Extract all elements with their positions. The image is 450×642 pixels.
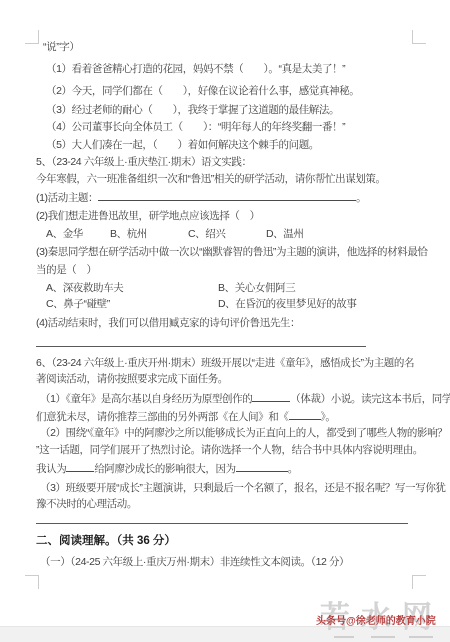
- text-segment: （2）围绕“《童年》中的阿廖沙之所以能够成长为正直向上的人，都受到了哪些人物的影…: [40, 427, 447, 439]
- text-line: 6、（23-24 六年级上·重庆开州·期末）班级开展以“走进《童年》，感悟成长”…: [36, 356, 414, 370]
- text-line: 我认为给阿廖沙成长的影响很大，因为。: [36, 460, 298, 476]
- text-line: (2)我们想走进鲁迅故里，研学地点应该选择（ ）: [36, 209, 260, 223]
- text-line: 5、（23-24 六年级上·重庆垫江·期末）语文实践：: [36, 155, 252, 169]
- text-segment: A、深夜救助车夫: [46, 281, 218, 295]
- text-segment: （3）班级要开展“成长”主题演讲，只剩最后一个名额了，报名，还是不报名呢？写一写…: [40, 482, 446, 494]
- text-segment: 6、（23-24 六年级上·重庆开州·期末）班级开展以“走进《童年》，感悟成长”…: [36, 357, 414, 369]
- text-segment: “说”字）: [43, 41, 80, 53]
- text-line: A、深夜救助车夫B、关心女佣阿三: [46, 281, 295, 295]
- text-segment: （5）大人们凑在一起，（ ）着如何解决这个棘手的问题。: [46, 139, 319, 151]
- blank-underline: [98, 189, 356, 201]
- watermark-dash: [371, 636, 395, 638]
- margin-mark-bottom-left: [25, 575, 39, 589]
- text-line: （1）《童年》是高尔基以自身经历为原型创作的（体裁）小说。读完这本书后，同学: [40, 390, 450, 406]
- text-segment: 二、阅读理解。（共 36 分）: [36, 535, 176, 547]
- text-line: （5）大人们凑在一起，（ ）着如何解决这个棘手的问题。: [46, 138, 319, 152]
- text-segment: C、鼻子“碰壁”: [46, 297, 218, 311]
- text-segment: （1）《童年》是高尔基以自身经历为原型创作的: [40, 393, 252, 405]
- text-line: （一）（24-25 六年级上·重庆万州·期末）非连续性文本阅读。（12 分）: [40, 555, 349, 569]
- text-line: (1)活动主题：。: [36, 189, 366, 205]
- watermark-overlay-text: 头条号@徐老师的教育小院: [316, 612, 436, 627]
- watermark-dash: [409, 636, 433, 638]
- text-line: (3)秦思同学想在研学活动中做一次以“幽默睿智的鲁迅”为主题的演讲，他选择的材料…: [36, 245, 428, 259]
- text-segment: （4）公司董事长向全体员工（ ）：“明年每人的年终奖翻一番！”: [46, 121, 345, 133]
- text-segment: （3）经过老师的耐心（ ），我终于掌握了这道题的最佳解法。: [46, 104, 339, 116]
- text-segment: ”这一话题，同学们展开了热烈讨论。请你选择一个人物，结合书中具体内容说明理由。: [36, 444, 423, 456]
- blank-underline: [252, 390, 290, 402]
- section-heading: 二、阅读理解。（共 36 分）: [36, 534, 176, 548]
- text-segment: （一）（24-25 六年级上·重庆万州·期末）非连续性文本阅读。（12 分）: [40, 556, 349, 568]
- text-line: ”这一话题，同学们展开了热烈讨论。请你选择一个人物，结合书中具体内容说明理由。: [36, 443, 423, 457]
- text-segment: 》。: [321, 411, 336, 423]
- text-line: 今年寒假，六一班准备组织一次和“鲁迅”相关的研学活动，请你帮忙出谋划策。: [36, 172, 386, 186]
- text-segment: (4)活动结束时，我们可以借用臧克家的诗句评价鲁迅先生：: [36, 317, 300, 329]
- text-segment: (1)活动主题：: [36, 192, 98, 204]
- text-segment: （2）今天，同学们都在（ ），好像在议论着什么事，感觉真神秘。: [46, 85, 359, 97]
- blank-underline: [289, 408, 321, 420]
- answer-line: [36, 346, 366, 347]
- text-line: 们意犹未尽，请你推荐三部曲的另外两部《在人间》和《》。: [36, 408, 335, 424]
- text-segment: 著阅读活动，请你按照要求完成下面任务。: [36, 373, 228, 385]
- text-line: （2）今天，同学们都在（ ），好像在议论着什么事，感觉真神秘。: [46, 84, 359, 98]
- margin-mark-top-right: [412, 30, 426, 44]
- text-segment: 豫不决时的心理活动。: [36, 498, 137, 510]
- text-segment: D、在昏沉的夜里梦见好的故事: [218, 298, 356, 310]
- text-segment: B、关心女佣阿三: [218, 282, 295, 294]
- text-line: 当的是（ ）: [36, 263, 97, 277]
- text-line: （4）公司董事长向全体员工（ ）：“明年每人的年终奖翻一番！”: [46, 120, 345, 134]
- text-line: C、鼻子“碰壁”D、在昏沉的夜里梦见好的故事: [46, 297, 356, 311]
- text-segment: 今年寒假，六一班准备组织一次和“鲁迅”相关的研学活动，请你帮忙出谋划策。: [36, 173, 386, 185]
- watermark-dash: [334, 636, 354, 638]
- text-line: “说”字）: [43, 40, 80, 54]
- text-line: （3）经过老师的耐心（ ），我终于掌握了这道题的最佳解法。: [46, 103, 339, 117]
- text-segment: 我认为: [36, 463, 66, 475]
- text-segment: A、金华: [46, 227, 110, 241]
- text-line: （3）班级要开展“成长”主题演讲，只剩最后一个名额了，报名，还是不报名呢？写一写…: [40, 481, 446, 495]
- blank-underline: [236, 460, 288, 472]
- answer-line: [36, 523, 408, 524]
- text-segment: (3)秦思同学想在研学活动中做一次以“幽默睿智的鲁迅”为主题的演讲，他选择的材料…: [36, 246, 428, 258]
- margin-mark-top-left: [25, 30, 39, 44]
- text-segment: 给阿廖沙成长的影响很大，因为: [94, 463, 235, 475]
- text-segment: （体裁）小说。读完这本书后，同学: [290, 393, 450, 405]
- document-page: “说”字）（1）看着爸爸精心打造的花园，妈妈不禁（ ）。“真是太美了！”（2）今…: [0, 0, 450, 642]
- text-line: (4)活动结束时，我们可以借用臧克家的诗句评价鲁迅先生：: [36, 316, 300, 330]
- text-segment: C、绍兴: [188, 227, 266, 241]
- text-segment: 当的是（ ）: [36, 264, 97, 276]
- text-segment: 们意犹未尽，请你推荐三部曲的另外两部《在人间》和《: [36, 411, 289, 423]
- text-segment: （1）看着爸爸精心打造的花园，妈妈不禁（ ）。“真是太美了！”: [46, 63, 345, 75]
- text-segment: 5、（23-24 六年级上·重庆垫江·期末）语文实践：: [36, 156, 252, 168]
- text-segment: 。: [288, 463, 298, 475]
- text-line: 豫不决时的心理活动。: [36, 497, 137, 511]
- text-line: A、金华B、杭州C、绍兴D、温州: [46, 227, 303, 241]
- text-segment: 。: [356, 192, 366, 204]
- text-segment: (2)我们想走进鲁迅故里，研学地点应该选择（ ）: [36, 210, 260, 222]
- text-line: （2）围绕“《童年》中的阿廖沙之所以能够成长为正直向上的人，都受到了哪些人物的影…: [40, 426, 447, 440]
- text-line: （1）看着爸爸精心打造的花园，妈妈不禁（ ）。“真是太美了！”: [46, 62, 345, 76]
- blank-underline: [66, 460, 94, 472]
- text-line: 著阅读活动，请你按照要求完成下面任务。: [36, 372, 228, 386]
- margin-mark-bottom-right: [412, 575, 426, 589]
- text-segment: D、温州: [266, 228, 303, 240]
- text-segment: B、杭州: [110, 227, 188, 241]
